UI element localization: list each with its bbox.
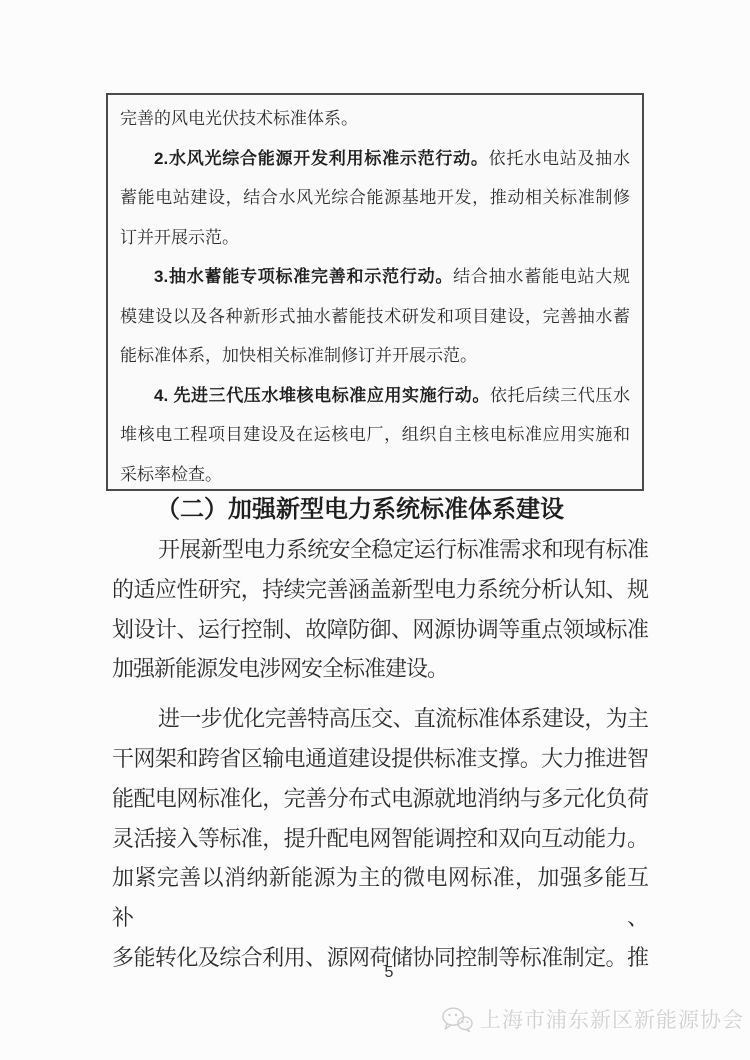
paragraph-line: 灵活接入等标准，提升配电网智能调控和双向互动能力。 [112, 819, 648, 859]
section-2-paragraph-1: 开展新型电力系统安全稳定运行标准需求和现有标准 的适应性研究，持续完善涵盖新型电… [112, 530, 648, 689]
section-2-paragraph-2: 进一步优化完善特高压交、直流标准体系建设，为主 干网架和跨省区输电通道建设提供标… [112, 699, 648, 978]
paragraph-line: 加紧完善以消纳新能源为主的微电网标准，加强多能互补、 [112, 858, 648, 938]
page-number: 5 [14, 964, 750, 982]
paragraph-line: 能配电网标准化，完善分布式电源就地消纳与多元化负荷 [112, 779, 648, 819]
box-tail-line: 完善的风电光伏技术标准体系。 [120, 99, 630, 139]
action-item-2-line-2: 蓄能电站建设，结合水风光综合能源基地开发，推动相关标准制修 [120, 178, 630, 218]
action-item-2-title: 2.水风光综合能源开发利用标准示范行动。 [154, 149, 489, 168]
action-item-4-title: 4. 先进三代压水堆核电标准应用实施行动。 [154, 386, 490, 405]
action-items-box: 完善的风电光伏技术标准体系。 2.水风光综合能源开发利用标准示范行动。依托水电站… [106, 93, 644, 491]
action-item-3-line-3: 能标准体系，加快相关标准制修订并开展示范。 [120, 336, 630, 376]
paragraph-line: 的适应性研究，持续完善涵盖新型电力系统分析认知、规 [112, 570, 648, 610]
action-item-4-line-3: 采标率检查。 [120, 455, 630, 492]
section-heading: （二）加强新型电力系统标准体系建设 [112, 494, 648, 526]
paragraph-line: 进一步优化完善特高压交、直流标准体系建设，为主 [112, 699, 648, 739]
wechat-icon [441, 1006, 473, 1033]
paragraph-line: 划设计、运行控制、故障防御、网源协调等重点领域标准 [112, 610, 648, 650]
paragraph-line: 干网架和跨省区输电通道建设提供标准支撑。大力推进智 [112, 739, 648, 779]
action-item-2-line-1: 2.水风光综合能源开发利用标准示范行动。依托水电站及抽水 [120, 139, 630, 179]
document-page: 完善的风电光伏技术标准体系。 2.水风光综合能源开发利用标准示范行动。依托水电站… [0, 0, 750, 1060]
action-item-4-line-1: 4. 先进三代压水堆核电标准应用实施行动。依托后续三代压水 [120, 376, 630, 416]
paragraph-line: 加强新能源发电涉网安全标准建设。 [112, 649, 648, 689]
section-2: （二）加强新型电力系统标准体系建设 开展新型电力系统安全稳定运行标准需求和现有标… [112, 494, 648, 978]
action-item-4-line-2: 堆核电工程项目建设及在运核电厂，组织自主核电标准应用实施和 [120, 415, 630, 455]
action-item-3-line-1: 3.抽水蓄能专项标准完善和示范行动。结合抽水蓄能电站大规 [120, 257, 630, 297]
paragraph-line: 开展新型电力系统安全稳定运行标准需求和现有标准 [112, 530, 648, 570]
action-item-3-title: 3.抽水蓄能专项标准完善和示范行动。 [154, 267, 453, 286]
action-item-2-line-3: 订并开展示范。 [120, 218, 630, 258]
action-item-3-line-2: 模建设以及各种新形式抽水蓄能技术研发和项目建设，完善抽水蓄 [120, 297, 630, 337]
watermark-text: 上海市浦东新区新能源协会 [480, 1004, 744, 1034]
watermark: 上海市浦东新区新能源协会 [441, 1004, 744, 1034]
